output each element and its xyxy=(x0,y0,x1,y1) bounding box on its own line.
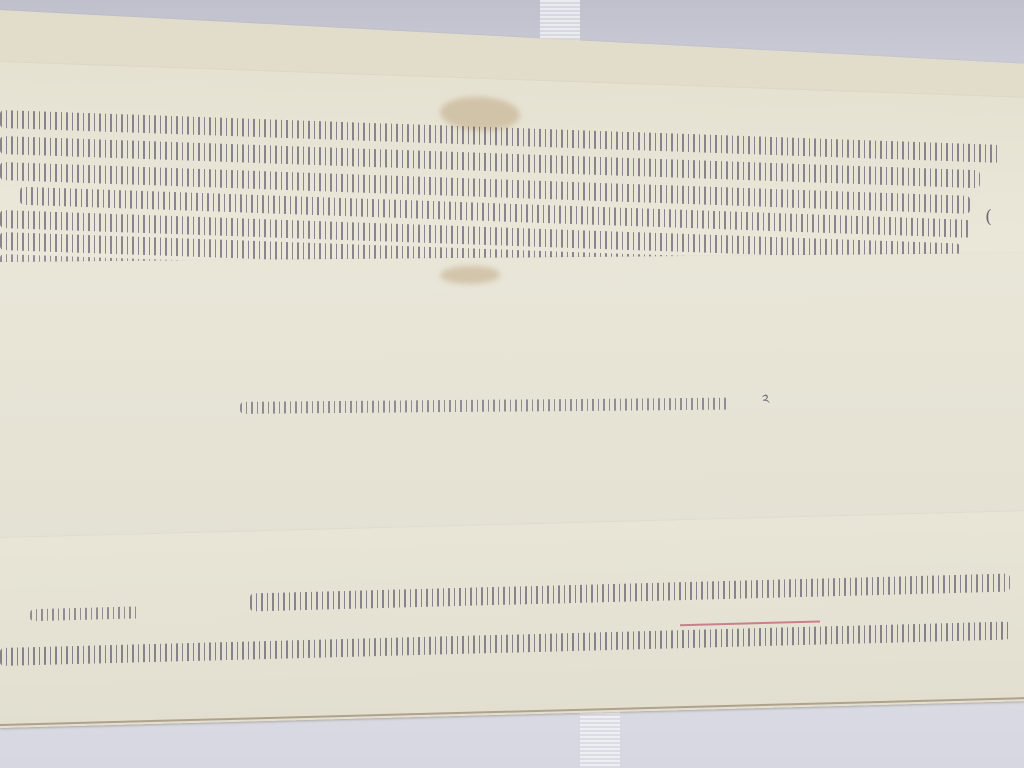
script-line xyxy=(30,606,140,621)
script-line xyxy=(0,622,1010,666)
script-line xyxy=(250,574,1010,612)
margin-numeral-icon: ༢ xyxy=(762,383,769,423)
margin-mark-bracket-icon: ( xyxy=(985,206,992,227)
manuscript-leaf-middle: ༢ xyxy=(0,253,1024,557)
manuscript-leaf-bottom xyxy=(0,511,1024,728)
water-stain xyxy=(440,266,500,285)
pink-underline xyxy=(680,621,820,627)
script-line xyxy=(240,398,730,414)
